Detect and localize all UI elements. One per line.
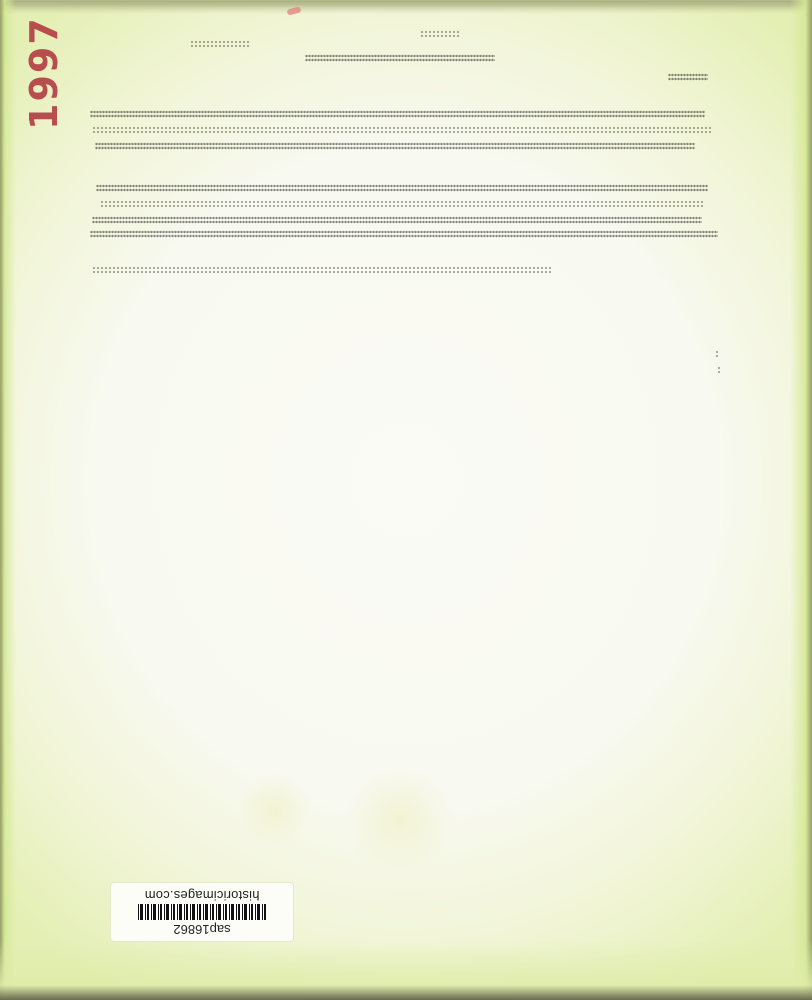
caption-line xyxy=(100,200,705,208)
caption-line xyxy=(92,126,712,134)
caption-line xyxy=(420,30,460,38)
caption-line xyxy=(305,54,495,62)
caption-line xyxy=(717,366,721,374)
edge-shadow-top xyxy=(0,0,812,14)
handwritten-year: 1997 xyxy=(22,30,66,130)
barcode-icon xyxy=(138,904,266,920)
caption-line xyxy=(715,350,719,358)
edge-tint-bottom xyxy=(0,940,812,1000)
caption-line xyxy=(190,40,250,48)
edge-tint-left xyxy=(0,0,16,1000)
caption-line xyxy=(95,142,695,150)
paper-stain xyxy=(340,770,460,870)
caption-line xyxy=(92,216,702,224)
edge-tint-right xyxy=(790,0,812,1000)
paper-stain xyxy=(240,770,310,850)
sticker-site: historicimages.com xyxy=(145,888,260,902)
barcode-sticker: sap16862 historicimages.com xyxy=(110,882,294,942)
caption-line xyxy=(668,73,708,81)
photo-back: 1997 sap16862 historicimages.com xyxy=(0,0,812,1000)
caption-line xyxy=(92,266,552,274)
sticker-content: sap16862 historicimages.com xyxy=(111,883,293,941)
sticker-code: sap16862 xyxy=(173,922,230,936)
caption-line xyxy=(96,184,708,192)
caption-line xyxy=(90,110,705,118)
caption-line xyxy=(90,230,718,238)
